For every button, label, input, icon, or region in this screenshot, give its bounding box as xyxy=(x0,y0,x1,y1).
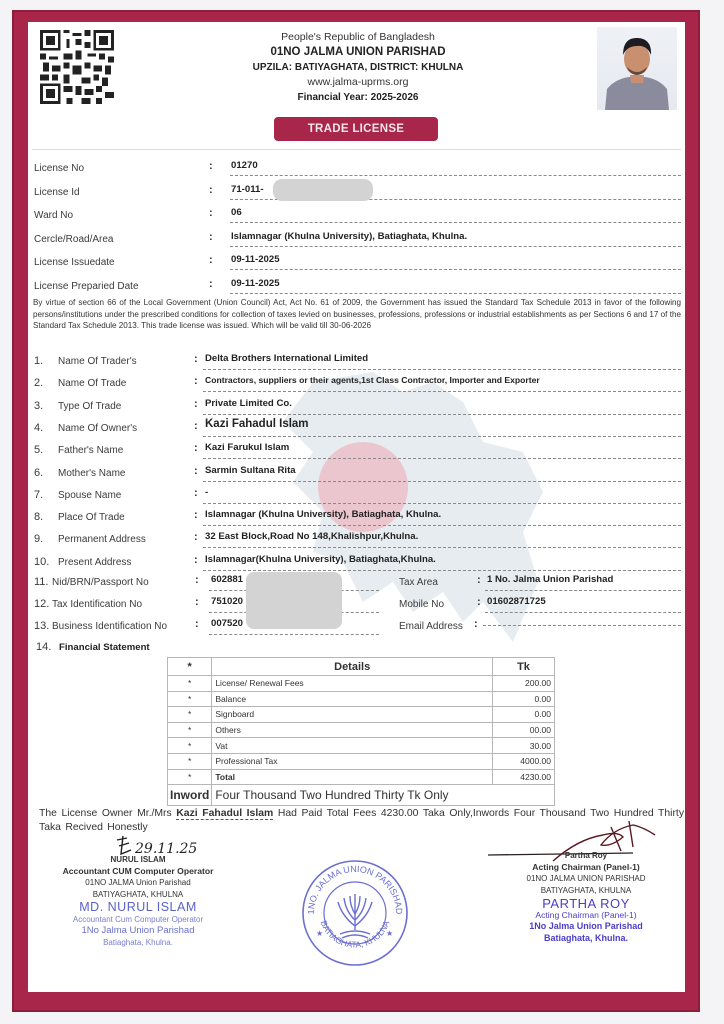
row-amount: 00.00 xyxy=(493,722,555,738)
field-underline xyxy=(203,503,681,504)
field-label: Ward No xyxy=(34,210,73,221)
row-bullet: * xyxy=(168,738,212,754)
license-field-row: Cercle/Road/Area:Islamnagar (Khulna Univ… xyxy=(28,230,685,252)
financial-title: Financial Statement xyxy=(59,642,150,653)
trader-field-row: 2.Name Of Trade:Contractors, suppliers o… xyxy=(28,374,685,396)
accountant-name: NURUL ISLAM xyxy=(43,854,233,866)
field-value: 007520 xyxy=(211,618,243,629)
field-underline xyxy=(230,269,681,270)
trader-field-row: 4.Name Of Owner's:Kazi Fahadul Islam xyxy=(28,419,685,441)
license-field-row: License No:01270 xyxy=(28,159,685,181)
field-colon: : xyxy=(194,420,198,432)
field-label: Type Of Trade xyxy=(58,401,121,412)
field-label: License Id xyxy=(34,187,80,198)
id-field-row: 12.Tax Identification No:751020Mobile No… xyxy=(28,595,685,617)
header-tk: Tk xyxy=(493,658,555,676)
financial-statement-table: * Details Tk *License/ Renewal Fees200.0… xyxy=(167,657,555,806)
field-value: Private Limited Co. xyxy=(205,398,292,409)
field-label: License Issuedate xyxy=(34,257,115,268)
financial-year: Financial Year: 2025-2026 xyxy=(158,90,558,105)
field-label: Spouse Name xyxy=(58,490,121,501)
trade-license-title: TRADE LICENSE xyxy=(274,117,438,141)
union-name: 01NO JALMA UNION PARISHAD xyxy=(158,45,558,60)
field-colon: : xyxy=(209,184,213,196)
row-detail: Others xyxy=(212,722,493,738)
header-details: Details xyxy=(212,658,493,676)
right-field-colon: : xyxy=(477,574,481,586)
trader-field-row: 8.Place Of Trade:Islamnagar (Khulna Univ… xyxy=(28,508,685,530)
right-field-underline xyxy=(485,612,681,613)
trader-field-row: 1.Name Of Trader's:Delta Brothers Intern… xyxy=(28,352,685,374)
license-field-row: License Preparied Date:09-11-2025 xyxy=(28,277,685,299)
financial-row: *Balance0.00 xyxy=(168,691,555,707)
field-colon: : xyxy=(194,509,198,521)
right-field-label: Email Address xyxy=(399,621,463,632)
field-value: 01270 xyxy=(231,160,258,171)
field-number: 5. xyxy=(34,444,43,456)
issuer-header: People's Republic of Bangladesh 01NO JAL… xyxy=(158,30,558,105)
field-underline xyxy=(209,634,379,635)
header-bullet: * xyxy=(168,658,212,676)
field-underline xyxy=(230,175,681,176)
accountant-stamp-place: Batiaghata, Khulna. xyxy=(43,937,233,949)
field-label: Present Address xyxy=(58,557,131,568)
financial-row: *Others00.00 xyxy=(168,722,555,738)
inword-label: Inword xyxy=(168,785,212,806)
right-field-value: 1 No. Jalma Union Parishad xyxy=(487,574,613,585)
right-field-underline xyxy=(483,625,681,626)
field-underline xyxy=(230,222,681,223)
field-value: Kazi Farukul Islam xyxy=(205,442,289,453)
field-colon: : xyxy=(194,531,198,543)
field-colon: : xyxy=(194,375,198,387)
accountant-place: BATIYAGHATA, KHULNA xyxy=(43,889,233,901)
row-bullet: * xyxy=(168,691,212,707)
field-colon: : xyxy=(194,398,198,410)
row-amount: 200.00 xyxy=(493,676,555,692)
field-label: Permanent Address xyxy=(58,534,146,545)
financial-number: 14. xyxy=(36,641,51,653)
field-underline xyxy=(203,525,681,526)
field-value: 06 xyxy=(231,207,242,218)
row-detail: License/ Renewal Fees xyxy=(212,676,493,692)
field-colon: : xyxy=(209,207,213,219)
field-label: Cercle/Road/Area xyxy=(34,234,113,245)
row-amount: 4000.00 xyxy=(493,753,555,769)
upzila-district: UPZILA: BATIYAGHATA, DISTRICT: KHULNA xyxy=(158,60,558,75)
field-colon: : xyxy=(194,442,198,454)
financial-row: *License/ Renewal Fees200.00 xyxy=(168,676,555,692)
right-field-value: 01602871725 xyxy=(487,596,546,607)
id-field-row: 11.Nid/BRN/Passport No:602881Tax Area:1 … xyxy=(28,573,685,595)
row-bullet: * xyxy=(168,707,212,723)
svg-text:★: ★ xyxy=(316,929,323,938)
id-field-row: 13.Business Identification No:007520Emai… xyxy=(28,617,685,639)
chairman-org: 01NO JALMA UNION PARISHAD xyxy=(491,873,681,885)
field-label: Place Of Trade xyxy=(58,512,125,523)
chairman-stamp-place: Batiaghata, Khulna. xyxy=(491,933,681,945)
field-colon: : xyxy=(209,231,213,243)
field-underline xyxy=(203,547,681,548)
trader-field-row: 7.Spouse Name:- xyxy=(28,486,685,508)
trader-field-row: 3.Type Of Trade:Private Limited Co. xyxy=(28,397,685,419)
row-detail: Total xyxy=(212,769,493,785)
website-link[interactable]: www.jalma-uprms.org xyxy=(158,75,558,90)
field-number: 3. xyxy=(34,400,43,412)
chairman-place: BATIYAGHATA, KHULNA xyxy=(491,885,681,897)
chairman-stamp-role: Acting Chairman (Panel-1) xyxy=(491,910,681,922)
chairman-stamp-org: 1No Jalma Union Parishad xyxy=(491,921,681,933)
license-field-row: License Id:71-011- xyxy=(28,183,685,205)
field-underline xyxy=(203,436,681,437)
field-underline xyxy=(203,481,681,482)
row-detail: Professional Tax xyxy=(212,753,493,769)
receipt-owner-name: Kazi Fahadul Islam xyxy=(176,808,273,820)
trade-license-document: People's Republic of Bangladesh 01NO JAL… xyxy=(28,22,685,992)
field-value: 71-011- xyxy=(231,184,264,195)
financial-row: *Professional Tax4000.00 xyxy=(168,753,555,769)
field-value: - xyxy=(205,487,208,498)
field-underline xyxy=(230,293,681,294)
field-value: Islamnagar (Khulna University), Batiagha… xyxy=(205,509,441,520)
field-colon: : xyxy=(194,554,198,566)
accountant-role: Accountant CUM Computer Operator xyxy=(43,866,233,878)
field-colon: : xyxy=(195,618,199,630)
field-label: Business Identification No xyxy=(52,621,167,632)
field-number: 12. xyxy=(34,598,49,610)
redacted-id-numbers xyxy=(246,572,342,629)
field-label: Name Of Trader's xyxy=(58,356,137,367)
field-number: 7. xyxy=(34,489,43,501)
field-number: 2. xyxy=(34,377,43,389)
field-colon: : xyxy=(209,254,213,266)
license-field-row: Ward No:06 xyxy=(28,206,685,228)
field-underline xyxy=(203,414,681,415)
financial-row: *Total4230.00 xyxy=(168,769,555,785)
row-amount: 30.00 xyxy=(493,738,555,754)
row-amount: 0.00 xyxy=(493,691,555,707)
field-label: License Preparied Date xyxy=(34,281,139,292)
field-number: 13. xyxy=(34,620,49,632)
signatory-accountant: NURUL ISLAM Accountant CUM Computer Oper… xyxy=(43,854,233,948)
right-field-colon: : xyxy=(477,596,481,608)
field-number: 9. xyxy=(34,533,43,545)
field-value: Kazi Fahadul Islam xyxy=(205,418,309,430)
accountant-stamp-org: 1No Jalma Union Parishad xyxy=(43,925,233,937)
chairman-name: Partha Roy xyxy=(491,850,681,862)
trader-field-row: 5.Father's Name:Kazi Farukul Islam xyxy=(28,441,685,463)
row-detail: Balance xyxy=(212,691,493,707)
field-colon: : xyxy=(209,160,213,172)
field-value: 09-11-2025 xyxy=(231,254,280,265)
field-value: Islamnagar(Khulna University), Batiaghat… xyxy=(205,554,436,565)
row-bullet: * xyxy=(168,676,212,692)
field-number: 4. xyxy=(34,422,43,434)
row-amount: 0.00 xyxy=(493,707,555,723)
accountant-stamp-name: MD. NURUL ISLAM xyxy=(43,902,233,914)
field-value: Sarmin Sultana Rita xyxy=(205,465,296,476)
field-number: 1. xyxy=(34,355,43,367)
field-underline xyxy=(203,458,681,459)
field-label: Tax Identification No xyxy=(52,599,142,610)
legal-statement: By virtue of section 66 of the Local Gov… xyxy=(33,297,681,332)
field-colon: : xyxy=(195,596,199,608)
field-label: Name Of Owner's xyxy=(58,423,137,434)
right-field-colon: : xyxy=(474,618,478,630)
row-bullet: * xyxy=(168,722,212,738)
field-colon: : xyxy=(194,487,198,499)
field-underline xyxy=(203,369,681,370)
field-number: 11. xyxy=(34,576,48,588)
country-name: People's Republic of Bangladesh xyxy=(158,30,558,45)
field-underline xyxy=(203,391,681,392)
field-colon: : xyxy=(194,465,198,477)
field-label: Name Of Trade xyxy=(58,378,126,389)
row-bullet: * xyxy=(168,753,212,769)
field-value: Islamnagar (Khulna University), Batiagha… xyxy=(231,231,467,242)
svg-text:★: ★ xyxy=(386,929,393,938)
trader-field-row: 10.Present Address:Islamnagar(Khulna Uni… xyxy=(28,553,685,575)
receipt-prefix: The License Owner Mr./Mrs xyxy=(39,808,172,819)
field-colon: : xyxy=(195,574,199,586)
inword-value: Four Thousand Two Hundred Thirty Tk Only xyxy=(212,785,555,806)
accountant-org: 01NO JALMA Union Parishad xyxy=(43,877,233,889)
right-field-label: Tax Area xyxy=(399,577,438,588)
signatory-chairman: Partha Roy Acting Chairman (Panel-1) 01N… xyxy=(491,850,681,944)
field-value: 751020 xyxy=(211,596,243,607)
row-bullet: * xyxy=(168,769,212,785)
trader-field-row: 6.Mother's Name:Sarmin Sultana Rita xyxy=(28,464,685,486)
financial-row: *Vat30.00 xyxy=(168,738,555,754)
field-value: Delta Brothers International Limited xyxy=(205,353,368,364)
accountant-stamp-role: Accountant Cum Computer Operator xyxy=(43,914,233,926)
field-label: Father's Name xyxy=(58,445,123,456)
field-label: License No xyxy=(34,163,84,174)
field-value: Contractors, suppliers or their agents,1… xyxy=(205,375,540,385)
right-field-underline xyxy=(485,590,681,591)
financial-row: *Signboard0.00 xyxy=(168,707,555,723)
owner-photo xyxy=(597,27,677,110)
field-number: 10. xyxy=(34,556,49,568)
qr-code-icon[interactable] xyxy=(40,30,114,104)
row-amount: 4230.00 xyxy=(493,769,555,785)
field-value: 09-11-2025 xyxy=(231,278,280,289)
row-detail: Signboard xyxy=(212,707,493,723)
license-field-row: License Issuedate:09-11-2025 xyxy=(28,253,685,275)
header-divider xyxy=(32,149,681,150)
right-field-label: Mobile No xyxy=(399,599,444,610)
field-colon: : xyxy=(194,353,198,365)
chairman-role: Acting Chairman (Panel-1) xyxy=(491,862,681,874)
field-number: 8. xyxy=(34,511,43,523)
field-colon: : xyxy=(209,278,213,290)
field-underline xyxy=(230,246,681,247)
chairman-stamp-name: PARTHA ROY xyxy=(491,898,681,910)
field-label: Nid/BRN/Passport No xyxy=(52,577,149,588)
field-number: 6. xyxy=(34,467,43,479)
field-value: 32 East Block,Road No 148,Khalishpur,Khu… xyxy=(205,531,418,542)
field-label: Mother's Name xyxy=(58,468,126,479)
person-photo-icon xyxy=(597,27,677,110)
field-value: 602881 xyxy=(211,574,243,585)
row-detail: Vat xyxy=(212,738,493,754)
union-parishad-seal-icon: 1NO. JALMA UNION PARISHAD BATIAGHATA, KH… xyxy=(300,858,410,968)
trader-field-row: 9.Permanent Address:32 East Block,Road N… xyxy=(28,530,685,552)
redacted-value xyxy=(273,179,373,201)
field-underline xyxy=(203,570,681,571)
